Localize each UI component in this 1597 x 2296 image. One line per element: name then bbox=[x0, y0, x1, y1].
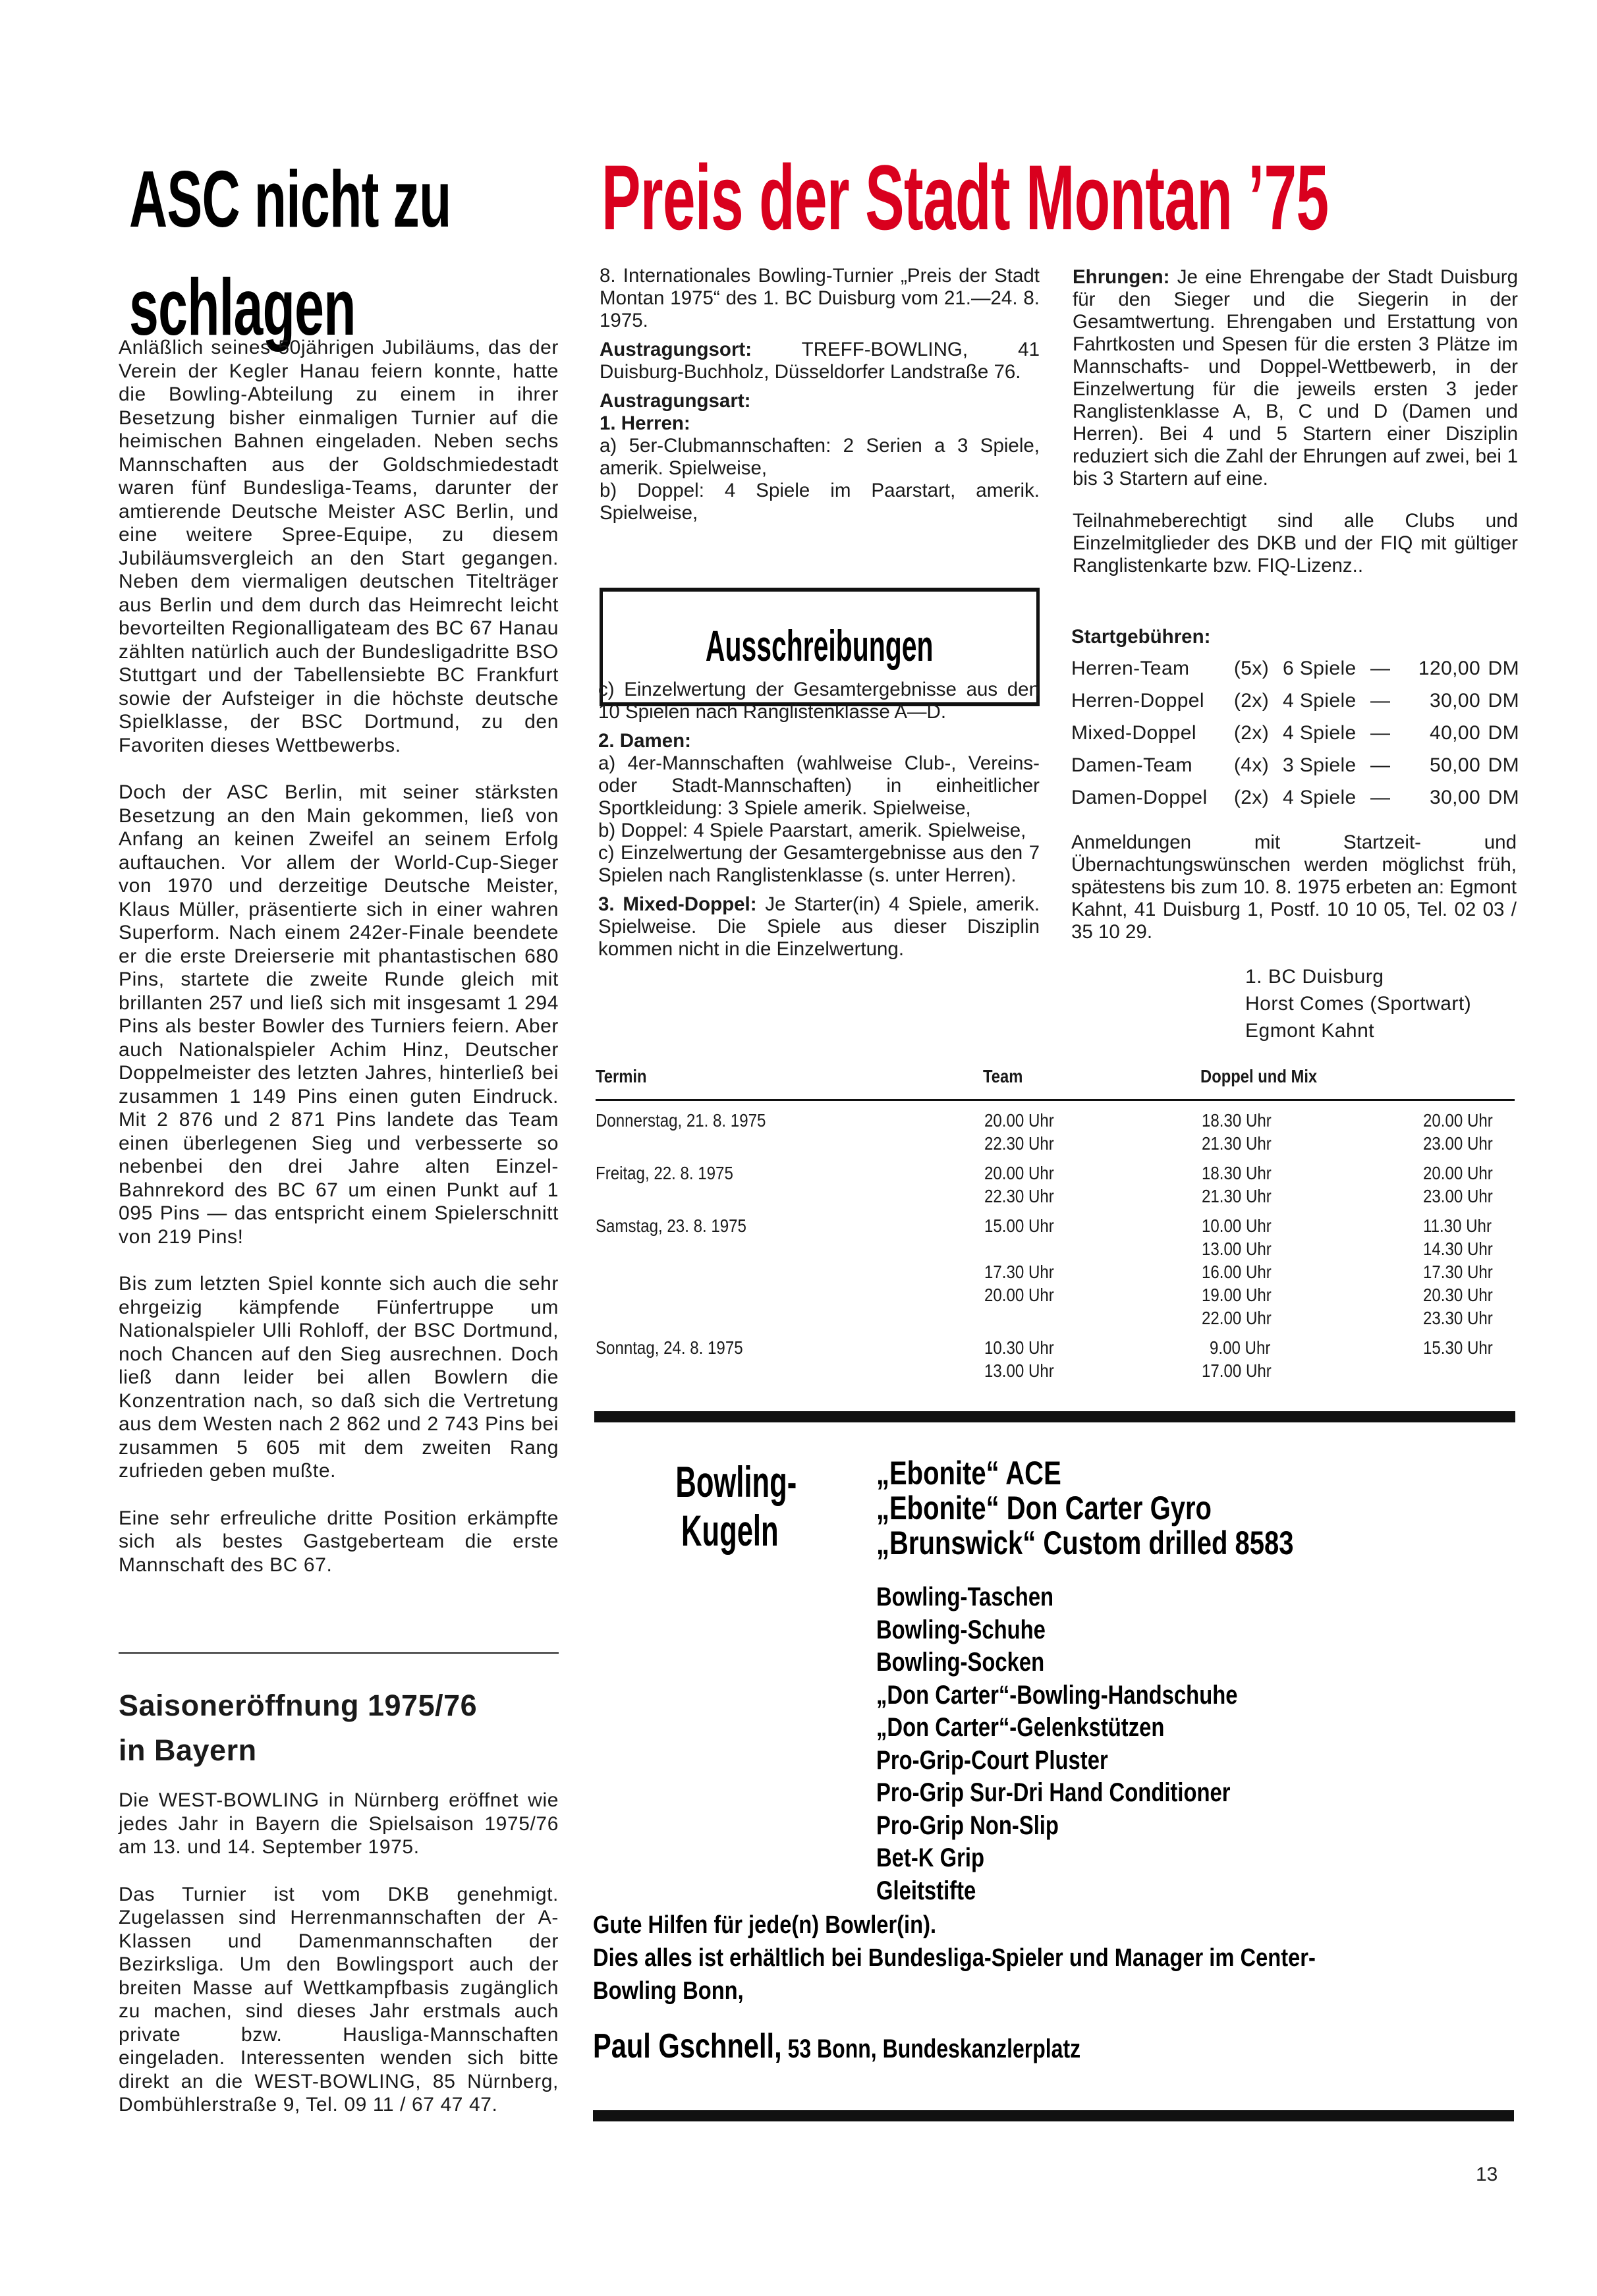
ad-footer-line: Dies alles ist erhältlich bei Bundesliga… bbox=[593, 1942, 1397, 1974]
cell-date: Freitag, 22. 8. 1975 bbox=[596, 1162, 733, 1185]
fee-qty: (5x) bbox=[1234, 652, 1283, 685]
fee-amount: 40,00 bbox=[1407, 717, 1480, 749]
ad-footer-line: Bowling Bonn, bbox=[593, 1974, 1397, 2007]
damen-a: a) 4er-Mannschaften (wahlweise Club-, Ve… bbox=[598, 752, 1040, 820]
fee-games: 4 Spiele bbox=[1283, 781, 1370, 814]
registration-info: Anmeldungen mit Startzeit- und Übernacht… bbox=[1071, 831, 1517, 950]
damen-b: b) Doppel: 4 Spiele Paarstart, amerik. S… bbox=[598, 820, 1040, 842]
table-row: Samstag, 23. 8. 1975 15.00 Uhr 10.00 Uhr… bbox=[596, 1214, 1521, 1237]
cell-doppel: 19.00 Uhr bbox=[1202, 1283, 1272, 1307]
cell-team: 20.00 Uhr bbox=[984, 1283, 1054, 1307]
ad-item: „Don Carter“-Bowling-Handschuhe bbox=[876, 1679, 1416, 1712]
herren-b: b) Doppel: 4 Spiele im Paarstart, amerik… bbox=[600, 480, 1040, 524]
article-headline-bayern: Saisoneröffnung 1975/76 in Bayern bbox=[119, 1683, 567, 1773]
table-row: 20.00 Uhr 19.00 Uhr 20.30 Uhr bbox=[596, 1283, 1521, 1306]
fee-name: Damen-Doppel bbox=[1071, 781, 1234, 814]
cell-mix: 23.00 Uhr bbox=[1423, 1185, 1493, 1208]
section-divider bbox=[119, 1652, 559, 1654]
cell-doppel: 13.00 Uhr bbox=[1202, 1237, 1272, 1261]
paragraph: Das Turnier ist vom DKB genehmigt. Zugel… bbox=[119, 1883, 559, 2117]
ad-footer-line: Gute Hilfen für jede(n) Bowler(in). bbox=[593, 1909, 1397, 1942]
tournament-details-part-2: c) Einzelwertung der Gesamtergebnisse au… bbox=[598, 679, 1040, 967]
cell-team: 20.00 Uhr bbox=[984, 1109, 1054, 1133]
fee-dash: — bbox=[1370, 781, 1407, 814]
cell-doppel: 10.00 Uhr bbox=[1202, 1214, 1272, 1238]
ad-item: Pro-Grip Non-Slip bbox=[876, 1810, 1416, 1843]
mixed: 3. Mixed-Doppel: Je Starter(in) 4 Spiele… bbox=[598, 893, 1040, 961]
headline-line-1: Saisoneröffnung 1975/76 bbox=[119, 1683, 567, 1728]
section-label: Ausschreibungen bbox=[706, 619, 934, 672]
herren-a: a) 5er-Clubmannschaften: 2 Serien a 3 Sp… bbox=[600, 435, 1040, 480]
paragraph: Eine sehr erfreuliche dritte Position er… bbox=[119, 1507, 559, 1577]
cell-team: 20.00 Uhr bbox=[984, 1162, 1054, 1185]
cell-mix: 23.30 Uhr bbox=[1423, 1306, 1493, 1330]
ad-heading-line-2: Kugeln bbox=[681, 1506, 779, 1555]
fee-row: Herren-Team (5x) 6 Spiele — 120,00 DM bbox=[1071, 652, 1519, 685]
cell-mix: 20.00 Uhr bbox=[1423, 1109, 1493, 1133]
fee-amount: 30,00 bbox=[1407, 685, 1480, 717]
damen-c: c) Einzelwertung der Gesamtergebnisse au… bbox=[598, 842, 1040, 887]
fee-games: 4 Spiele bbox=[1283, 685, 1370, 717]
ad-contact-address: 53 Bonn, Bundeskanzlerplatz bbox=[782, 2034, 1080, 2063]
herren-label: 1. Herren: bbox=[600, 412, 1040, 435]
signoff-club: 1. BC Duisburg bbox=[1245, 963, 1535, 990]
cell-mix: 15.30 Uhr bbox=[1423, 1336, 1493, 1360]
table-row: 17.30 Uhr 16.00 Uhr 17.30 Uhr bbox=[596, 1260, 1521, 1283]
schedule-table: Termin Team Doppel und Mix Donnerstag, 2… bbox=[596, 1066, 1521, 1382]
ad-item: Bowling-Socken bbox=[876, 1646, 1416, 1679]
headline-line-2: in Bayern bbox=[119, 1728, 567, 1773]
table-row: 22.30 Uhr 21.30 Uhr 23.00 Uhr bbox=[596, 1185, 1521, 1214]
cell-team: 17.30 Uhr bbox=[984, 1260, 1054, 1284]
header-rule bbox=[596, 1099, 1515, 1101]
fee-name: Herren-Team bbox=[1071, 652, 1234, 685]
cell-team: 22.30 Uhr bbox=[984, 1185, 1054, 1208]
col-header-termin: Termin bbox=[596, 1066, 647, 1087]
table-row: 13.00 Uhr 14.30 Uhr bbox=[596, 1237, 1521, 1260]
signoff: 1. BC Duisburg Horst Comes (Sportwart) E… bbox=[1245, 963, 1535, 1044]
fee-qty: (2x) bbox=[1234, 685, 1283, 717]
cell-doppel: 18.30 Uhr bbox=[1202, 1162, 1272, 1185]
ad-bottom-rule bbox=[593, 2110, 1514, 2121]
venue: Austragungsort: TREFF-BOWLING, 41 Duisbu… bbox=[600, 339, 1040, 383]
tournament-headline: Preis der Stadt Montan ’75 bbox=[602, 148, 1328, 247]
ad-heading: Bowling- Kugeln bbox=[644, 1457, 816, 1555]
ad-accessory-list: Bowling-Taschen Bowling-Schuhe Bowling-S… bbox=[876, 1581, 1535, 1907]
ad-contact: Paul Gschnell, 53 Bonn, Bundeskanzlerpla… bbox=[593, 2027, 1341, 2066]
fee-qty: (2x) bbox=[1234, 717, 1283, 749]
fee-games: 3 Spiele bbox=[1283, 749, 1370, 781]
table-row: 22.30 Uhr 21.30 Uhr 23.00 Uhr bbox=[596, 1132, 1521, 1162]
cell-mix: 17.30 Uhr bbox=[1423, 1260, 1493, 1284]
cell-date: Samstag, 23. 8. 1975 bbox=[596, 1214, 746, 1238]
fee-amount: 50,00 bbox=[1407, 749, 1480, 781]
venue-label: Austragungsort: bbox=[600, 339, 752, 360]
registration-text: Anmeldungen mit Startzeit- und Übernacht… bbox=[1071, 831, 1517, 943]
col-header-team: Team bbox=[983, 1066, 1023, 1087]
article-body-bayern: Die WEST-BOWLING in Nürnberg eröffnet wi… bbox=[119, 1789, 559, 2141]
cell-team: 15.00 Uhr bbox=[984, 1214, 1054, 1238]
cell-mix: 11.30 Uhr bbox=[1423, 1214, 1492, 1238]
ad-item: Gleitstifte bbox=[876, 1875, 1416, 1908]
cell-date: Sonntag, 24. 8. 1975 bbox=[596, 1336, 743, 1360]
cell-team: 10.30 Uhr bbox=[984, 1336, 1054, 1360]
ad-item: Bowling-Taschen bbox=[876, 1581, 1416, 1614]
fee-dash: — bbox=[1370, 749, 1407, 781]
cell-date: Donnerstag, 21. 8. 1975 bbox=[596, 1109, 766, 1133]
honors: Ehrungen: Je eine Ehrengabe der Stadt Du… bbox=[1073, 266, 1518, 490]
ad-top-rule bbox=[594, 1411, 1515, 1422]
fee-games: 6 Spiele bbox=[1283, 652, 1370, 685]
ad-ball-item: „Brunswick“ Custom drilled 8583 bbox=[876, 1526, 1403, 1561]
format-label-text: Austragungsart: bbox=[600, 390, 750, 412]
table-row: 22.00 Uhr 23.30 Uhr bbox=[596, 1306, 1521, 1336]
fee-currency: DM bbox=[1480, 717, 1519, 749]
page-number: 13 bbox=[1476, 2164, 1498, 2186]
table-row: Sonntag, 24. 8. 1975 10.30 Uhr 9.00 Uhr … bbox=[596, 1336, 1521, 1359]
entry-fees: Startgebühren: Herren-Team (5x) 6 Spiele… bbox=[1071, 626, 1519, 814]
cell-mix: 14.30 Uhr bbox=[1423, 1237, 1493, 1261]
cell-doppel: 22.00 Uhr bbox=[1202, 1306, 1272, 1330]
honors-label: Ehrungen: bbox=[1073, 266, 1170, 288]
fees-label: Startgebühren: bbox=[1071, 626, 1519, 648]
fee-games: 4 Spiele bbox=[1283, 717, 1370, 749]
cell-mix: 20.00 Uhr bbox=[1423, 1162, 1493, 1185]
ad-contact-name: Paul Gschnell, bbox=[593, 2027, 782, 2065]
headline-line-1: ASC nicht zu bbox=[129, 145, 451, 253]
ad-item: Pro-Grip-Court Pluster bbox=[876, 1745, 1416, 1778]
ad-heading-line-1: Bowling- bbox=[675, 1457, 797, 1506]
fee-name: Mixed-Doppel bbox=[1071, 717, 1234, 749]
tournament-details-part-1: 8. Internationales Bowling-Turnier „Prei… bbox=[600, 265, 1040, 524]
table-row: Donnerstag, 21. 8. 1975 20.00 Uhr 18.30 … bbox=[596, 1109, 1521, 1132]
eligibility: Teilnahmeberechtigt sind alle Clubs und … bbox=[1073, 510, 1518, 577]
fee-row: Damen-Team (4x) 3 Spiele — 50,00 DM bbox=[1071, 749, 1519, 781]
cell-mix: 23.00 Uhr bbox=[1423, 1132, 1493, 1156]
fee-qty: (2x) bbox=[1234, 781, 1283, 814]
mixed-label: 3. Mixed-Doppel: bbox=[598, 893, 757, 915]
fee-amount: 30,00 bbox=[1407, 781, 1480, 814]
article-body-asc: Anläßlich seines 50jährigen Jubiläums, d… bbox=[119, 336, 559, 1600]
cell-doppel: 18.30 Uhr bbox=[1202, 1109, 1272, 1133]
herren-label-text: 1. Herren: bbox=[600, 412, 690, 434]
ad-item: „Don Carter“-Gelenkstützen bbox=[876, 1712, 1416, 1745]
cell-doppel: 21.30 Uhr bbox=[1202, 1132, 1272, 1156]
table-header: Termin Team Doppel und Mix bbox=[596, 1066, 1521, 1092]
fee-name: Herren-Doppel bbox=[1071, 685, 1234, 717]
fee-row: Herren-Doppel (2x) 4 Spiele — 30,00 DM bbox=[1071, 685, 1519, 717]
cell-team: 13.00 Uhr bbox=[984, 1359, 1054, 1383]
fee-currency: DM bbox=[1480, 652, 1519, 685]
fee-dash: — bbox=[1370, 652, 1407, 685]
fee-currency: DM bbox=[1480, 685, 1519, 717]
fee-amount: 120,00 bbox=[1407, 652, 1480, 685]
cell-team: 22.30 Uhr bbox=[984, 1132, 1054, 1156]
cell-doppel: 21.30 Uhr bbox=[1202, 1185, 1272, 1208]
col-header-doppel: Doppel und Mix bbox=[1200, 1066, 1317, 1087]
damen-label: 2. Damen: bbox=[598, 730, 1040, 752]
damen-label-text: 2. Damen: bbox=[598, 730, 691, 752]
fee-row: Mixed-Doppel (2x) 4 Spiele — 40,00 DM bbox=[1071, 717, 1519, 749]
ad-footer-text: Gute Hilfen für jede(n) Bowler(in). Dies… bbox=[593, 1909, 1528, 2007]
honors-text: Je eine Ehrengabe der Stadt Duisburg für… bbox=[1073, 266, 1518, 490]
cell-doppel: 17.00 Uhr bbox=[1202, 1359, 1272, 1383]
fee-currency: DM bbox=[1480, 749, 1519, 781]
paragraph: Doch der ASC Berlin, mit seiner stärkste… bbox=[119, 781, 559, 1248]
cell-doppel: 16.00 Uhr bbox=[1202, 1260, 1272, 1284]
table-row: 13.00 Uhr 17.00 Uhr bbox=[596, 1359, 1521, 1382]
fee-dash: — bbox=[1370, 717, 1407, 749]
fee-dash: — bbox=[1370, 685, 1407, 717]
fee-qty: (4x) bbox=[1234, 749, 1283, 781]
fee-name: Damen-Team bbox=[1071, 749, 1234, 781]
paragraph: Anläßlich seines 50jährigen Jubiläums, d… bbox=[119, 336, 559, 757]
table-row: Freitag, 22. 8. 1975 20.00 Uhr 18.30 Uhr… bbox=[596, 1162, 1521, 1185]
herren-c: c) Einzelwertung der Gesamtergebnisse au… bbox=[598, 679, 1040, 723]
tournament-details-part-3: Ehrungen: Je eine Ehrengabe der Stadt Du… bbox=[1073, 266, 1518, 584]
tournament-intro: 8. Internationales Bowling-Turnier „Prei… bbox=[600, 265, 1040, 332]
article-headline-asc: ASC nicht zu schlagen bbox=[129, 145, 590, 361]
cell-doppel: 9.00 Uhr bbox=[1210, 1336, 1270, 1360]
ad-ball-list: „Ebonite“ ACE „Ebonite“ Don Carter Gyro … bbox=[876, 1456, 1535, 1561]
ad-item: Pro-Grip Sur-Dri Hand Conditioner bbox=[876, 1777, 1416, 1810]
signoff-name-2: Egmont Kahnt bbox=[1245, 1017, 1535, 1044]
format-label: Austragungsart: bbox=[600, 390, 1040, 412]
paragraph: Bis zum letzten Spiel konnte sich auch d… bbox=[119, 1272, 559, 1483]
cell-mix: 20.30 Uhr bbox=[1423, 1283, 1493, 1307]
ad-ball-item: „Ebonite“ Don Carter Gyro bbox=[876, 1491, 1403, 1526]
ad-ball-item: „Ebonite“ ACE bbox=[876, 1456, 1403, 1491]
ad-item: Bet-K Grip bbox=[876, 1842, 1416, 1875]
ad-item: Bowling-Schuhe bbox=[876, 1614, 1416, 1647]
fee-row: Damen-Doppel (2x) 4 Spiele — 30,00 DM bbox=[1071, 781, 1519, 814]
signoff-name-1: Horst Comes (Sportwart) bbox=[1245, 990, 1535, 1017]
paragraph: Die WEST-BOWLING in Nürnberg eröffnet wi… bbox=[119, 1789, 559, 1859]
fee-currency: DM bbox=[1480, 781, 1519, 814]
